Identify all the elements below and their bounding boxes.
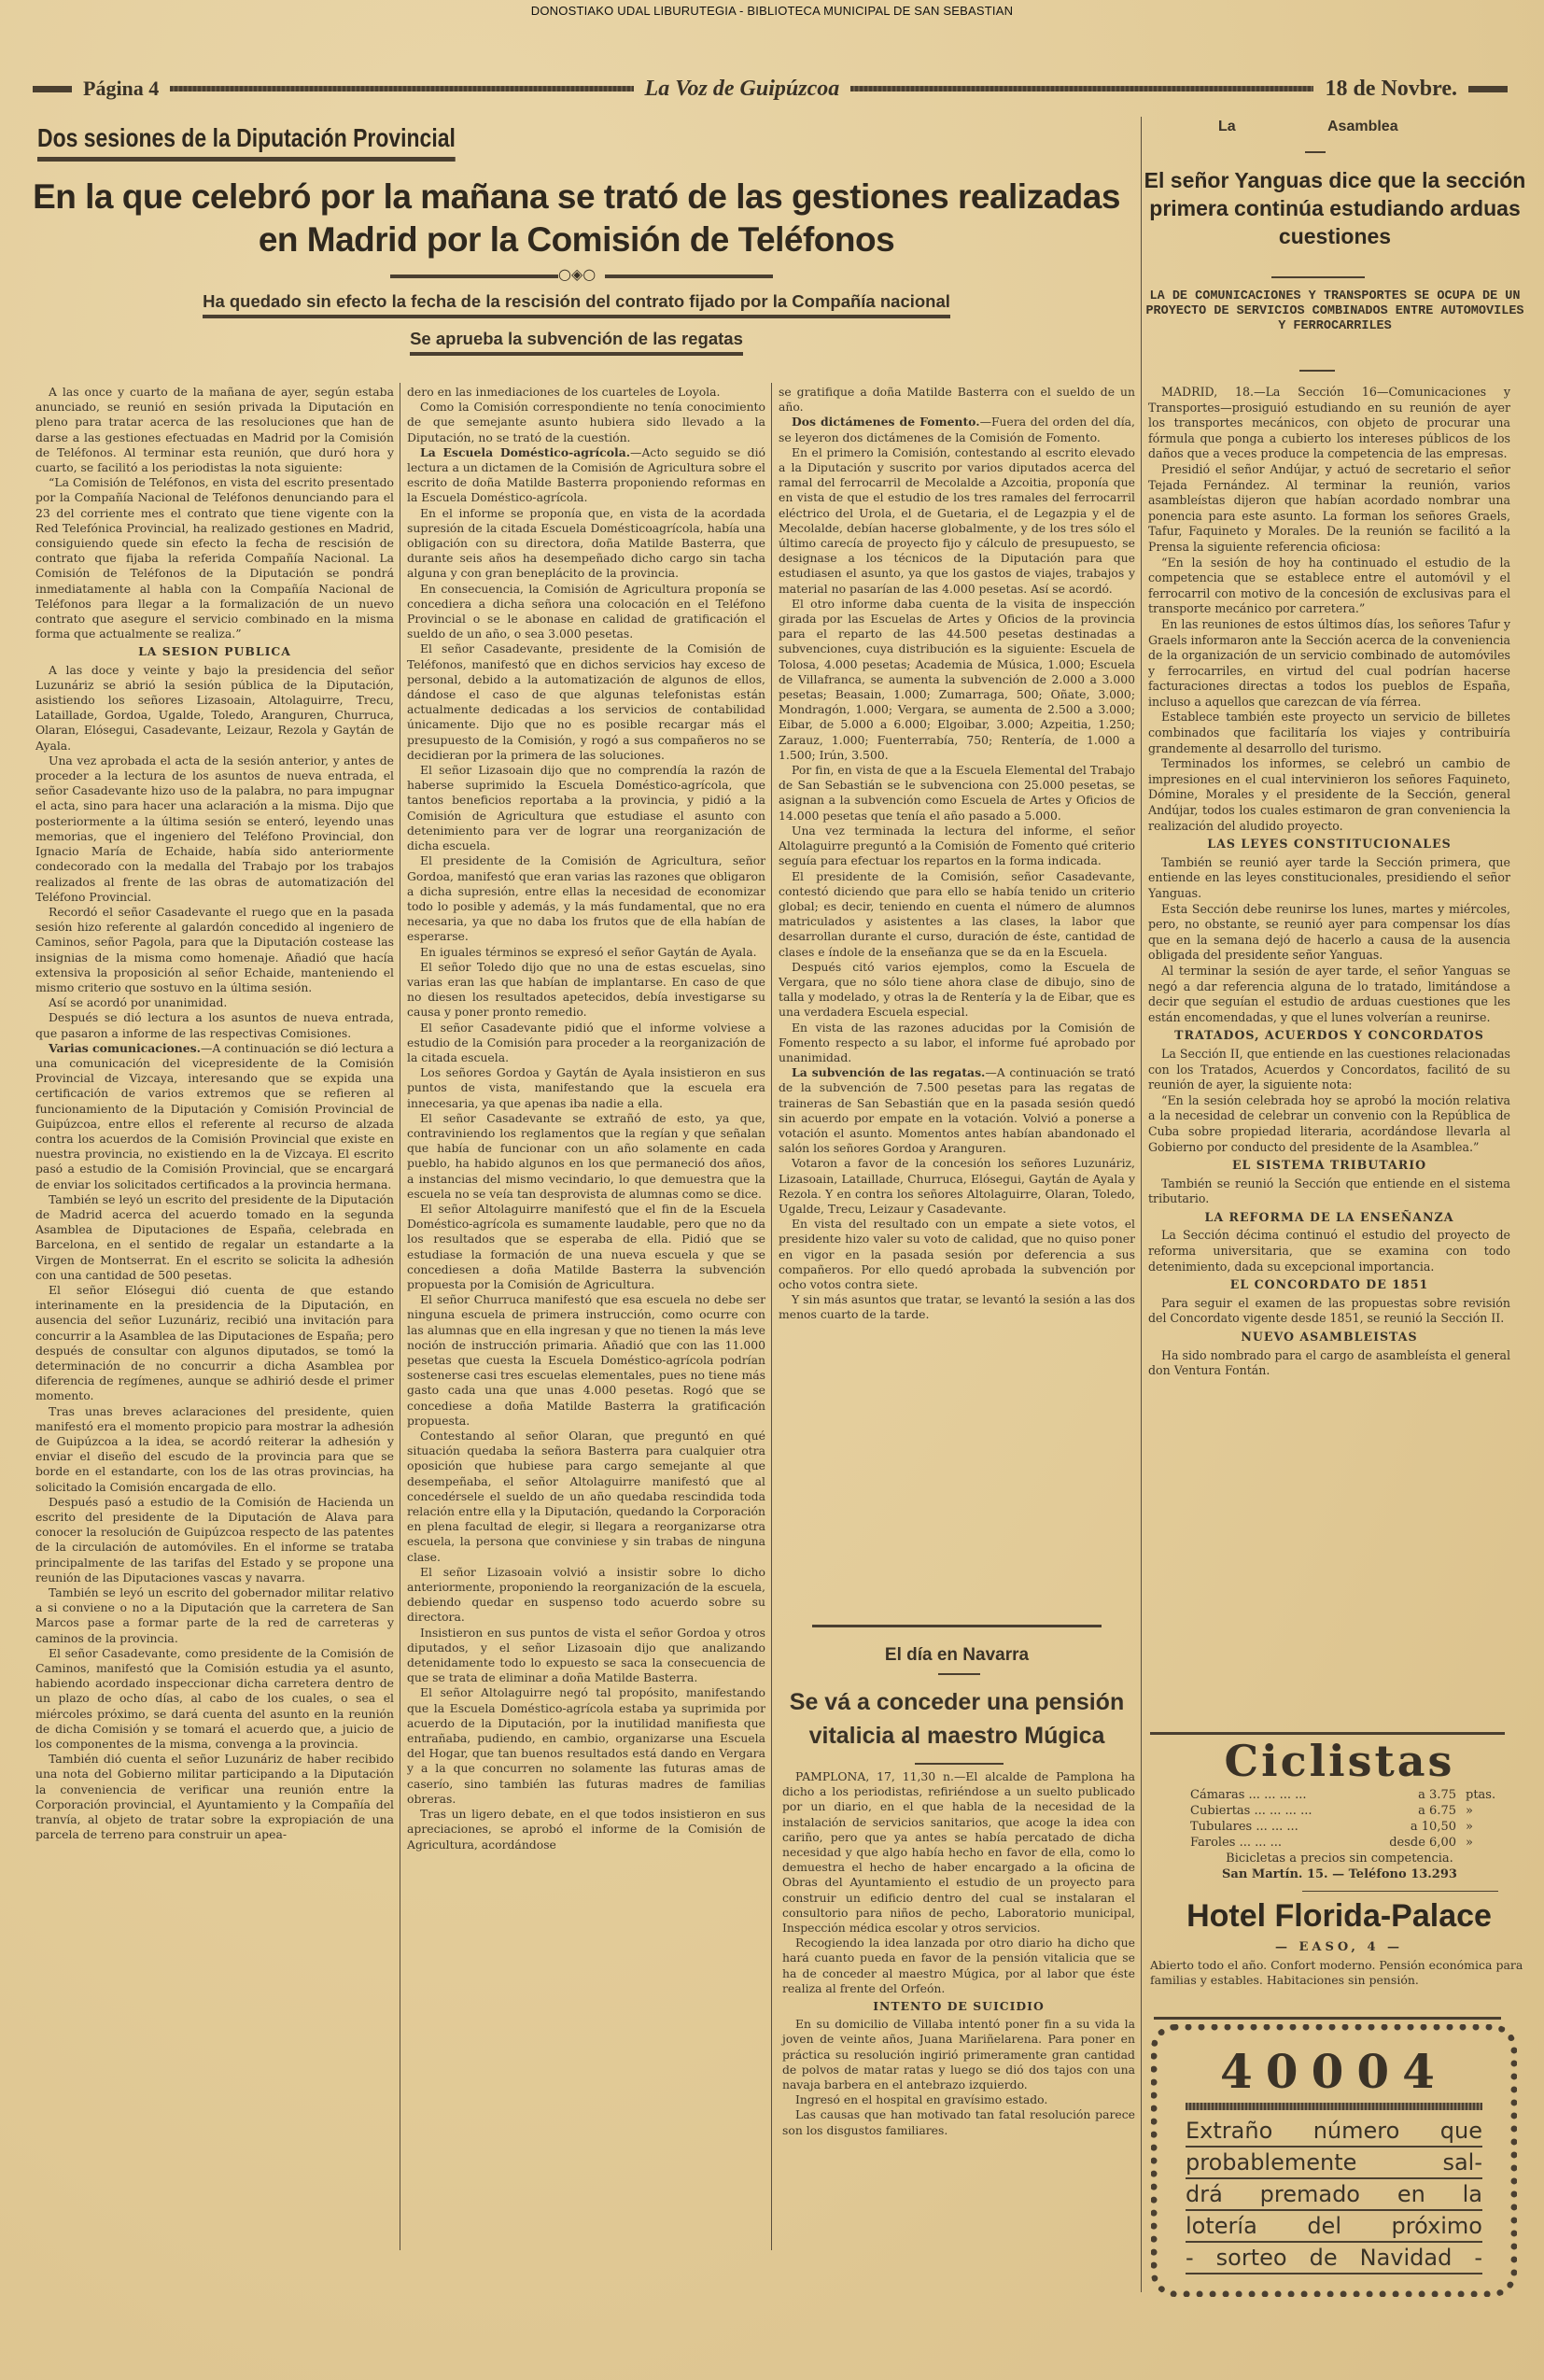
article-column-3: se gratifique a doña Matilde Basterra co… bbox=[779, 385, 1135, 1598]
paragraph: Así se acordó por unanimidad. bbox=[35, 995, 394, 1010]
deck-2: Se aprueba la subvención de las regatas bbox=[14, 329, 1139, 356]
ad-hotel-body: Abierto todo el año. Confort moderno. Pe… bbox=[1150, 1958, 1528, 1988]
ad-divider bbox=[1154, 2017, 1501, 2020]
masthead-rule bbox=[170, 86, 633, 92]
paragraph: Como la Comisión correspondiente no tení… bbox=[407, 400, 765, 445]
paragraph-lead: La Escuela Doméstico-agrícola. bbox=[420, 445, 630, 459]
ad-hotel-address: — EASO, 4 — bbox=[1150, 1940, 1528, 1954]
paragraph: El presidente de la Comisión de Agricult… bbox=[407, 853, 765, 944]
paragraph: Recordó el señor Casadevante el ruego qu… bbox=[35, 905, 394, 995]
paragraph: La Escuela Doméstico-agrícola.—Acto segu… bbox=[407, 445, 765, 506]
lottery-line: - sorteo de Navidad - bbox=[1186, 2243, 1482, 2274]
lottery-line: Extraño número que bbox=[1186, 2116, 1482, 2148]
paragraph: El presidente de la Comisión, señor Casa… bbox=[779, 869, 1135, 960]
subheading: TRATADOS, ACUERDOS Y CONCORDATOS bbox=[1148, 1028, 1510, 1044]
paragraph-lead: La subvención de las regatas. bbox=[792, 1065, 985, 1079]
paragraph: Ingresó en el hospital en gravísimo esta… bbox=[782, 2092, 1135, 2107]
price-value: a 6.75 bbox=[1372, 1803, 1456, 1819]
price-value: desde 6,00 bbox=[1372, 1835, 1456, 1851]
paragraph-lead: Dos dictámenes de Fomento. bbox=[792, 415, 980, 429]
price-value: a 10,50 bbox=[1372, 1819, 1456, 1835]
masthead: Página 4 La Voz de Guipúzcoa 18 de Novbr… bbox=[33, 75, 1508, 103]
masthead-rule bbox=[850, 86, 1313, 92]
lottery-text: Extraño número queprobablemente sal-drá … bbox=[1158, 2116, 1510, 2274]
paragraph: La Sección II, que entiende en las cuest… bbox=[1148, 1047, 1510, 1093]
article-column-2: dero en las inmediaciones de los cuartel… bbox=[407, 385, 765, 1852]
issue-date: 18 de Novbre. bbox=[1325, 77, 1457, 102]
column-divider bbox=[771, 383, 772, 2250]
paragraph: Ha sido nombrado para el cargo de asambl… bbox=[1148, 1348, 1510, 1379]
paragraph: Insistieron en sus puntos de vista el se… bbox=[407, 1626, 765, 1686]
paragraph: El señor Casadevante pidió que el inform… bbox=[407, 1021, 765, 1066]
paragraph: En iguales términos se expresó el señor … bbox=[407, 945, 765, 960]
ad-ciclistas-line1: Bicicletas a precios sin competencia. bbox=[1153, 1851, 1526, 1866]
paragraph: La subvención de las regatas.—A continua… bbox=[779, 1065, 1135, 1156]
navarra-section-title: El día en Navarra bbox=[775, 1645, 1139, 1666]
deck-1: Ha quedado sin efecto la fecha de la res… bbox=[14, 291, 1139, 318]
price-list: Cámaras ... ... ... ...a 3.75ptas.Cubier… bbox=[1153, 1787, 1526, 1851]
ad-ciclistas-address: San Martín. 15. — Teléfono 13.293 bbox=[1153, 1866, 1526, 1882]
paragraph: “En la sesión celebrada hoy se aprobó la… bbox=[1148, 1093, 1510, 1155]
lottery-number: 40004 bbox=[1158, 2044, 1510, 2099]
subheading: EL CONCORDATO DE 1851 bbox=[1148, 1277, 1510, 1293]
paragraph: Esta Sección debe reunirse los lunes, ma… bbox=[1148, 902, 1510, 964]
paragraph: El señor Churruca manifestó que esa escu… bbox=[407, 1292, 765, 1429]
paragraph: Establece también este proyecto un servi… bbox=[1148, 710, 1510, 756]
paragraph: Al terminar la sesión de ayer tarde, el … bbox=[1148, 964, 1510, 1025]
headline-line-2: en Madrid por la Comisión de Teléfonos bbox=[14, 218, 1139, 261]
paragraph: También se reunió ayer tarde la Sección … bbox=[1148, 855, 1510, 902]
navarra-article: PAMPLONA, 17, 11,30 n.—El alcalde de Pam… bbox=[782, 1769, 1135, 2138]
paragraph: El señor Elósegui dió cuenta de que esta… bbox=[35, 1283, 394, 1404]
paragraph: En vista de las razones aducidas por la … bbox=[779, 1021, 1135, 1066]
ad-lottery: 40004 Extraño número queprobablemente sa… bbox=[1151, 2024, 1517, 2297]
ad-hotel: Hotel Florida-Palace — EASO, 4 — Abierto… bbox=[1150, 1895, 1528, 1988]
paragraph: A las doce y veinte y bajo la presidenci… bbox=[35, 663, 394, 753]
section-title: Dos sesiones de la Diputación Provincial bbox=[37, 123, 456, 162]
column-divider bbox=[400, 383, 400, 2250]
ornament-icon: ○◈○ bbox=[558, 265, 596, 283]
paragraph: Votaron a favor de la concesión los seño… bbox=[779, 1156, 1135, 1217]
ad-hotel-title: Hotel Florida-Palace bbox=[1150, 1895, 1528, 1936]
paragraph: El señor Altolaguirre manifestó que el f… bbox=[407, 1202, 765, 1292]
price-value: a 3.75 bbox=[1372, 1787, 1456, 1803]
ad-divider bbox=[1302, 1891, 1498, 1892]
paragraph: dero en las inmediaciones de los cuartel… bbox=[407, 385, 765, 400]
price-item: Faroles ... ... ... bbox=[1190, 1835, 1372, 1851]
ad-ciclistas: Ciclistas Cámaras ... ... ... ...a 3.75p… bbox=[1153, 1735, 1526, 1882]
price-unit: » bbox=[1456, 1803, 1473, 1819]
main-headline: En la que celebró por la mañana se trató… bbox=[14, 176, 1139, 261]
lottery-line: lotería del próximo bbox=[1186, 2211, 1482, 2243]
paragraph: El señor Casadevante, como presidente de… bbox=[35, 1646, 394, 1752]
paragraph: Después se dió lectura a los asuntos de … bbox=[35, 1010, 394, 1040]
paragraph: Contestando al señor Olaran, que pregunt… bbox=[407, 1429, 765, 1565]
paragraph: Los señores Gordoa y Gaytán de Ayala ins… bbox=[407, 1065, 765, 1111]
price-row: Cubiertas ... ... ... ...a 6.75» bbox=[1153, 1803, 1526, 1819]
subheading: LA REFORMA DE LA ENSEÑANZA bbox=[1148, 1210, 1510, 1226]
paragraph: Las causas que han motivado tan fatal re… bbox=[782, 2107, 1135, 2137]
subheading: INTENTO DE SUICIDIO bbox=[782, 1999, 1135, 2014]
short-rule bbox=[915, 1763, 1004, 1765]
paragraph: En el primero la Comisión, contestando a… bbox=[779, 445, 1135, 597]
archive-header: DONOSTIAKO UDAL LIBURUTEGIA - BIBLIOTECA… bbox=[0, 4, 1544, 18]
paragraph: El señor Casadevante se extrañó de esto,… bbox=[407, 1111, 765, 1202]
paragraph: También dió cuenta el señor Luzunáriz de… bbox=[35, 1752, 394, 1842]
price-item: Tubulares ... ... ... bbox=[1190, 1819, 1372, 1835]
lottery-stripe bbox=[1186, 2103, 1482, 2110]
paragraph: El señor Toledo dijo que no una de estas… bbox=[407, 960, 765, 1021]
paragraph: MADRID, 18.—La Sección 16—Comunicaciones… bbox=[1148, 385, 1510, 462]
lottery-line: probablemente sal- bbox=[1186, 2148, 1482, 2179]
paragraph: En las reuniones de estos últimos días, … bbox=[1148, 617, 1510, 711]
price-unit: » bbox=[1456, 1835, 1473, 1851]
paragraph: El señor Casadevante, presidente de la C… bbox=[407, 641, 765, 763]
paragraph: Por fin, en vista de que a la Escuela El… bbox=[779, 763, 1135, 824]
asamblea-headline: El señor Yanguas dice que la sección pri… bbox=[1144, 166, 1526, 250]
paragraph: Presidió el señor Andújar, y actuó de se… bbox=[1148, 462, 1510, 556]
paragraph: “La Comisión de Teléfonos, en vista del … bbox=[35, 475, 394, 641]
paragraph: El otro informe daba cuenta de la visita… bbox=[779, 597, 1135, 763]
paragraph: Una vez aprobada el acta de la sesión an… bbox=[35, 753, 394, 905]
paragraph: En vista del resultado con un empate a s… bbox=[779, 1217, 1135, 1292]
ornament-rule bbox=[605, 275, 773, 278]
short-rule bbox=[1305, 151, 1326, 153]
subheading: EL SISTEMA TRIBUTARIO bbox=[1148, 1158, 1510, 1174]
page-number: Página 4 bbox=[83, 77, 159, 101]
ornament-rule bbox=[812, 1625, 1102, 1627]
paragraph: Tras un ligero debate, en el que todos i… bbox=[407, 1807, 765, 1852]
paragraph: En su domicilio de Villaba intentó poner… bbox=[782, 2017, 1135, 2092]
paragraph: A las once y cuarto de la mañana de ayer… bbox=[35, 385, 394, 475]
price-row: Cámaras ... ... ... ...a 3.75ptas. bbox=[1153, 1787, 1526, 1803]
paragraph: En consecuencia, la Comisión de Agricult… bbox=[407, 582, 765, 642]
paragraph: También se leyó un escrito del gobernado… bbox=[35, 1585, 394, 1646]
paragraph: “En la sesión de hoy ha continuado el es… bbox=[1148, 556, 1510, 617]
paragraph: También se reunió la Sección que entiend… bbox=[1148, 1176, 1510, 1207]
subheading: LAS LEYES CONSTITUCIONALES bbox=[1148, 837, 1510, 852]
headline-line-1: En la que celebró por la mañana se trató… bbox=[14, 176, 1139, 218]
column-divider bbox=[1141, 117, 1142, 2292]
ornament-rule bbox=[390, 275, 558, 278]
paragraph: Una vez terminada la lectura del informe… bbox=[779, 824, 1135, 869]
paragraph: También se leyó un escrito del president… bbox=[35, 1192, 394, 1283]
paragraph: Después citó varios ejemplos, como la Es… bbox=[779, 960, 1135, 1021]
paragraph: La Sección décima continuó el estudio de… bbox=[1148, 1228, 1510, 1274]
paragraph: Varias comunicaciones.—A continuación se… bbox=[35, 1041, 394, 1192]
short-rule bbox=[938, 1673, 980, 1675]
price-unit: » bbox=[1456, 1819, 1473, 1835]
paragraph: En el informe se proponía que, en vista … bbox=[407, 506, 765, 582]
subheading: NUEVO ASAMBLEISTAS bbox=[1148, 1330, 1510, 1345]
paragraph: Tras unas breves aclaraciones del presid… bbox=[35, 1404, 394, 1495]
subheading: LA SESION PUBLICA bbox=[35, 644, 394, 659]
price-item: Cubiertas ... ... ... ... bbox=[1190, 1803, 1372, 1819]
paragraph: Recogiendo la idea lanzada por otro diar… bbox=[782, 1936, 1135, 1996]
short-rule bbox=[1299, 370, 1335, 372]
paragraph: Después pasó a estudio de la Comisión de… bbox=[35, 1495, 394, 1585]
newspaper-name: La Voz de Guipúzcoa bbox=[645, 77, 840, 102]
lottery-line: drá premado en la bbox=[1186, 2179, 1482, 2211]
article-column-1: A las once y cuarto de la mañana de ayer… bbox=[35, 385, 394, 1843]
paragraph: Terminados los informes, se celebró un c… bbox=[1148, 756, 1510, 834]
paragraph: PAMPLONA, 17, 11,30 n.—El alcalde de Pam… bbox=[782, 1769, 1135, 1936]
paragraph: Dos dictámenes de Fomento.—Fuera del ord… bbox=[779, 415, 1135, 444]
paragraph: El señor Lizasoain volvió a insistir sob… bbox=[407, 1565, 765, 1626]
paragraph: El señor Lizasoain dijo que no comprendí… bbox=[407, 763, 765, 853]
paragraph: El señor Altolaguirre negó tal propósito… bbox=[407, 1685, 765, 1807]
paragraph: se gratifique a doña Matilde Basterra co… bbox=[779, 385, 1135, 415]
asamblea-article: MADRID, 18.—La Sección 16—Comunicaciones… bbox=[1148, 385, 1510, 1379]
masthead-rule bbox=[33, 86, 72, 92]
price-row: Faroles ... ... ...desde 6,00» bbox=[1153, 1835, 1526, 1851]
paragraph: Y sin más asuntos que tratar, se levantó… bbox=[779, 1292, 1135, 1322]
price-unit: ptas. bbox=[1456, 1787, 1495, 1803]
asamblea-subhead: LA DE COMUNICACIONES Y TRANSPORTES SE OC… bbox=[1144, 289, 1526, 334]
navarra-headline: Se vá a conceder una pensión vitalicia a… bbox=[775, 1685, 1139, 1753]
paragraph: Para seguir el examen de las propuestas … bbox=[1148, 1296, 1510, 1327]
price-row: Tubulares ... ... ...a 10,50» bbox=[1153, 1819, 1526, 1835]
paragraph-lead: Varias comunicaciones. bbox=[49, 1041, 201, 1055]
short-rule bbox=[1271, 276, 1365, 278]
ad-ciclistas-title: Ciclistas bbox=[1153, 1735, 1526, 1787]
masthead-rule bbox=[1468, 86, 1508, 92]
price-item: Cámaras ... ... ... ... bbox=[1190, 1787, 1372, 1803]
